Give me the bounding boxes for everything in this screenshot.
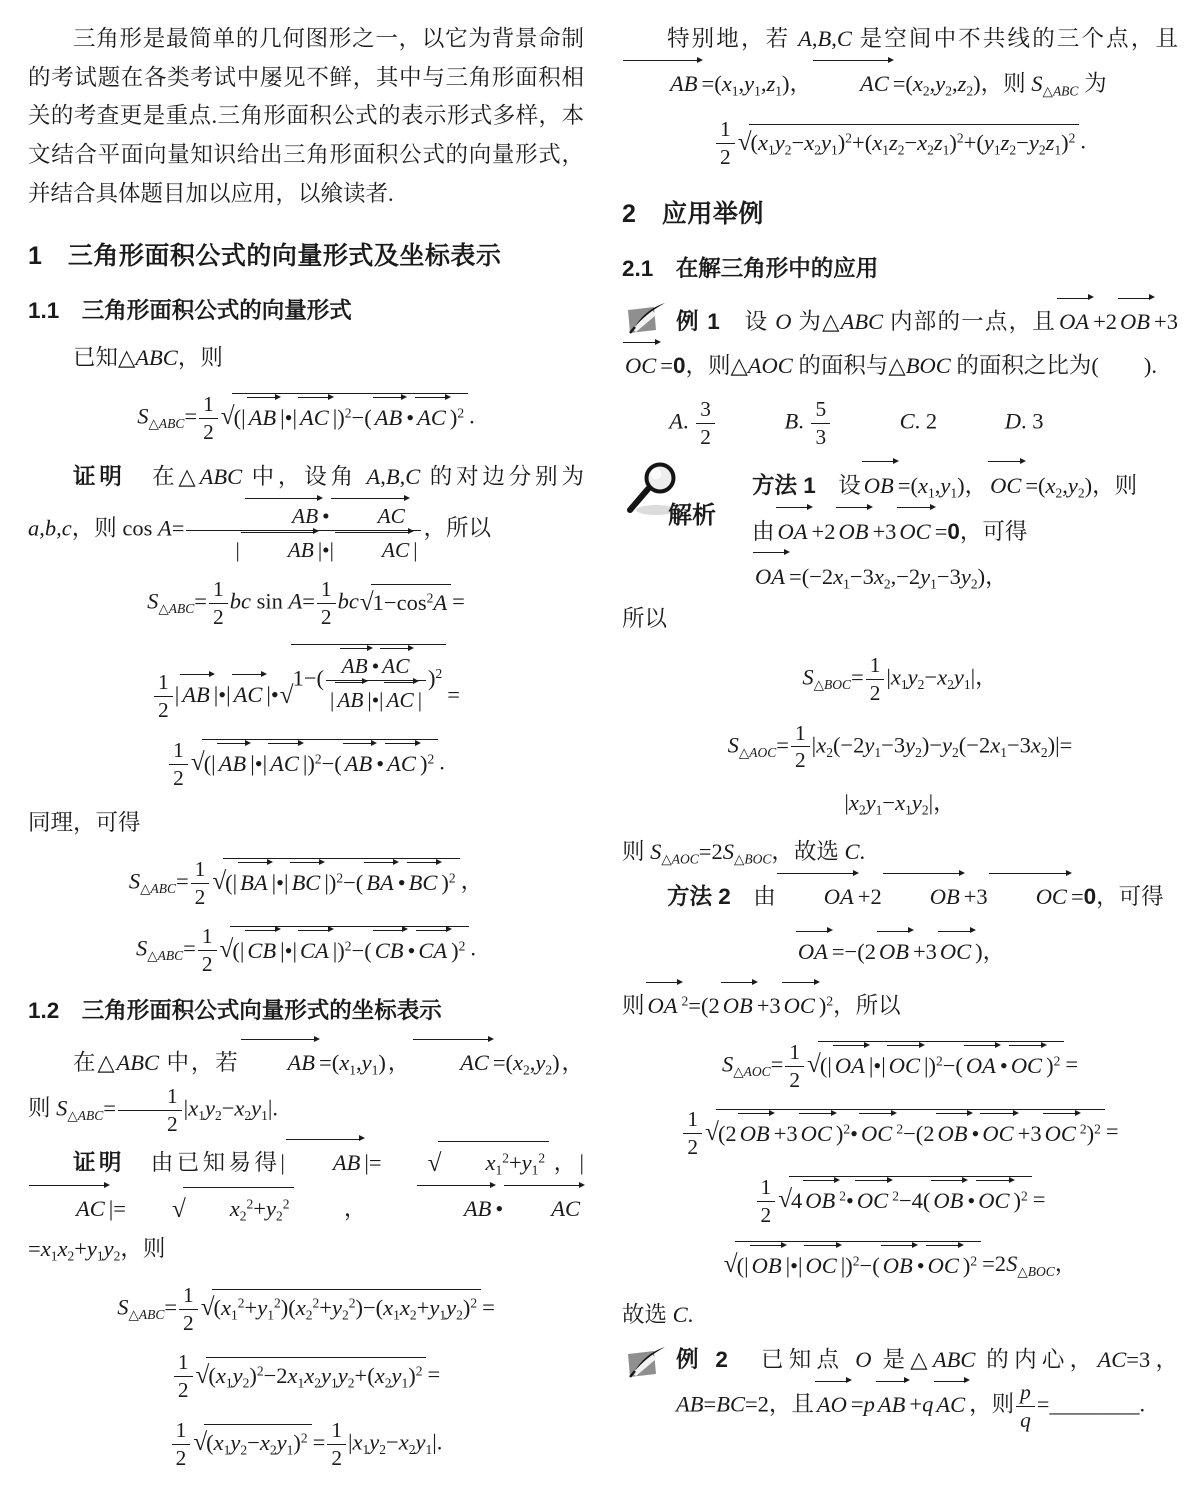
vector-arrow: AC <box>335 533 412 564</box>
vector-arrow: OB <box>1118 299 1153 342</box>
vector-arrow: OC <box>976 1181 1012 1218</box>
vector-arrow: OB <box>862 462 897 505</box>
vector-arrow: AB <box>335 683 366 714</box>
coordinate-statement: 在△ABC 中，若AB=(x1,y1)，AC=(x2,y2)，则 S△ABC=1… <box>28 1038 584 1137</box>
vector-arrow: AC <box>29 1186 108 1229</box>
vector-arrow: BC <box>407 863 441 900</box>
vector-arrow: OC <box>887 1046 923 1083</box>
formula-m2-step1: S△AOC=12√(|OA|•|OC|)2−(OA•OC)2= <box>622 1039 1178 1093</box>
vector-arrow: OA <box>796 932 831 969</box>
formula-SAOC-1: S△AOC=12|x2(−2y1−3y2)−y2(−2x1−3x2)|= <box>622 720 1178 774</box>
similarly-line: 同理，可得 <box>28 804 584 843</box>
proof-2: 证明 由已知易得|AB|=√x12+y12，|AC|=√x22+y22，AB•A… <box>28 1138 584 1269</box>
intro-paragraph: 三角形是最简单的几何图形之一，以它为背景命制的考试题在各类考试中屡见不鲜，其中与… <box>28 20 584 213</box>
vector-arrow: OC <box>897 508 933 551</box>
vector-arrow: AB <box>217 744 250 781</box>
vector-arrow: OB <box>721 983 756 1026</box>
vector-arrow: AB <box>286 1140 364 1183</box>
vector-arrow: AC <box>268 744 302 781</box>
vector-arrow: OC <box>782 983 818 1026</box>
vector-arrow: AC <box>413 1040 492 1083</box>
vector-arrow: AB <box>241 1040 319 1083</box>
section-2-1-heading: 2.1 在解三角形中的应用 <box>622 250 1178 289</box>
vector-arrow: OC <box>859 1114 895 1151</box>
formula-SBOC: S△BOC=12|x1y2−x2y1|， <box>622 652 1178 706</box>
formula-proof-step2: 12|AB|•|AC|•√1−(AB•AC|AB|•|AC|)2= <box>28 644 584 724</box>
formula-m2-step3: 12√4OB2•OC2−4(OB•OC)2= <box>622 1174 1178 1228</box>
vector-arrow: AB <box>876 1382 909 1425</box>
section-2-heading: 2 应用举例 <box>622 193 1178 236</box>
analysis-label: 解析 <box>668 504 716 528</box>
vector-arrow: OC <box>1009 1046 1045 1083</box>
formula-coord-step3: 12√(x1y2−x2y1)2=12|x1y2−x2y1|. <box>28 1417 584 1471</box>
so-line: 所以 <box>622 600 1178 639</box>
proof-1: 证明 在△ABC 中，设角 A,B,C 的对边分别为 a,b,c，则 cos A… <box>28 458 584 563</box>
vector-arrow: OB <box>936 1114 971 1151</box>
vector-arrow: AB <box>623 61 701 104</box>
pencil-quill-icon <box>622 1345 668 1381</box>
formula-proof-step3: 12√(|AB|•|AC|)2−(AB•AC)2. <box>28 737 584 791</box>
section-1-heading: 1 三角形面积公式的向量形式及坐标表示 <box>28 235 584 278</box>
vector-arrow: OC <box>623 343 659 386</box>
column-right: 特别地，若 A,B,C 是空间中不共线的三个点，且AB=(x1,y1,z1)，A… <box>622 20 1178 1484</box>
page: 三角形是最简单的几何图形之一，以它为背景命制的考试题在各类考试中屡见不鲜，其中与… <box>0 0 1200 1494</box>
vector-arrow: OA <box>646 983 681 1026</box>
example-2: 例 2 已知点 O 是△ABC 的内心，AC=3，AB=BC=2，且AO=pAB… <box>622 1341 1178 1434</box>
vector-arrow: AC <box>384 683 416 714</box>
vector-arrow: OB <box>750 1246 785 1283</box>
answer-options: A. 32 B. 53 C. 2 D. 3 <box>622 396 1178 450</box>
method-1: 解析方法 1 设OB=(x1,y1)，OC=(x2,y2)，则由OA+2OB+3… <box>622 460 1178 596</box>
vector-arrow: CA <box>416 931 450 968</box>
vector-arrow: AB <box>241 533 317 564</box>
formula-CB-CA: S△ABC=12√(|CB|•|CA|)2−(CB•CA)2. <box>28 923 584 977</box>
vector-arrow: BC <box>290 863 324 900</box>
magnifier-icon: 解析 <box>622 462 748 578</box>
formula-BA-BC: S△ABC=12√(|BA|•|BC|)2−(BA•BC)2， <box>28 856 584 910</box>
method-2-then: 则OA2=(2OB+3OC)2，所以 <box>622 981 1178 1026</box>
vector-arrow: OC <box>1043 1114 1079 1151</box>
conclusion-method2: 故选 C. <box>622 1296 1178 1335</box>
vector-arrow: OB <box>836 508 871 551</box>
vector-arrow: OB <box>881 1246 916 1283</box>
vector-arrow: OB <box>883 874 963 917</box>
vector-arrow: OC <box>938 932 974 969</box>
vector-arrow: CA <box>298 931 332 968</box>
vector-arrow: AB <box>180 675 213 712</box>
column-left: 三角形是最简单的几何图形之一，以它为背景命制的考试题在各类考试中屡见不鲜，其中与… <box>28 20 584 1484</box>
vector-arrow: OB <box>931 1181 966 1218</box>
formula-m2-step2: 12√(2OB+3OC)2•OC2−(2OB•OC+3OC2)2= <box>622 1106 1178 1160</box>
vector-arrow: OC <box>988 462 1024 505</box>
vector-arrow: AC <box>298 398 332 435</box>
vector-arrow: AB <box>247 398 280 435</box>
vector-arrow: BA <box>364 863 397 900</box>
vector-arrow: OB <box>738 1114 773 1151</box>
example-1: 例 1 设 O 为△ABC 内部的一点，且OA+2OB+3OC=0，则△AOC … <box>622 297 1178 386</box>
vector-arrow: AC <box>232 675 266 712</box>
vector-arrow: OA <box>776 508 811 551</box>
known-line: 已知△ABC，则 <box>28 339 584 378</box>
vector-arrow: CB <box>373 931 407 968</box>
vector-arrow: AC <box>331 499 408 530</box>
vector-arrow: AB <box>245 499 321 530</box>
vector-arrow: OA <box>753 553 788 596</box>
formula-coord-step1: S△ABC=12√(x12+y12)(x22+y22)−(x1x2+y1y2)2… <box>28 1282 584 1336</box>
vector-arrow: OB <box>877 932 912 969</box>
formula-space-area: 12√(x1y2−x2y1)2+(x1z2−x2z1)2+(y1z2−y2z1)… <box>622 116 1178 170</box>
formula-SAOC-2: |x2y1−x1y2|， <box>622 787 1178 820</box>
vector-arrow: OA <box>1057 299 1092 342</box>
vector-arrow: CB <box>245 931 279 968</box>
vector-arrow: AC <box>504 1186 583 1229</box>
vector-arrow: OC <box>799 1114 835 1151</box>
vector-arrow: OC <box>989 874 1070 917</box>
vector-arrow: AB <box>417 1186 495 1229</box>
vector-arrow: AC <box>380 649 412 680</box>
section-1-2-heading: 1.2 三角形面积公式向量形式的坐标表示 <box>28 992 584 1031</box>
formula-proof-step1: S△ABC=12bc sin A=12bc√1−cos2A= <box>28 576 584 630</box>
vector-arrow: OB <box>803 1181 838 1218</box>
vector-arrow: OA <box>777 874 857 917</box>
method-2-start: 方法 2 由OA+2OB+3OC=0，可得 <box>622 872 1178 917</box>
vector-arrow: OC <box>855 1181 891 1218</box>
vector-arrow: AB <box>373 398 406 435</box>
vector-arrow: AC <box>813 61 892 104</box>
space-case-paragraph: 特别地，若 A,B,C 是空间中不共线的三个点，且AB=(x1,y1,z1)，A… <box>622 20 1178 103</box>
vector-arrow: BA <box>238 863 271 900</box>
vector-arrow: OC <box>980 1114 1016 1151</box>
vector-arrow: AO <box>815 1382 850 1425</box>
formula-area-vector: S△ABC=12√(|AB|•|AC|)2−(AB•AC)2. <box>28 391 584 445</box>
vector-arrow: AB <box>343 744 376 781</box>
vector-arrow: AC <box>385 744 419 781</box>
pencil-quill-icon <box>622 301 668 337</box>
vector-arrow: OC <box>804 1246 840 1283</box>
vector-arrow: OA <box>833 1046 868 1083</box>
section-1-1-heading: 1.1 三角形面积公式的向量形式 <box>28 292 584 331</box>
formula-coord-step2: 12√(x1y2)2−2x1x2y1y2+(x2y1)2= <box>28 1349 584 1403</box>
vector-arrow: AC <box>934 1382 968 1425</box>
conclusion-method1: 则 S△AOC=2S△BOC，故选 C. <box>622 833 1178 872</box>
formula-OA: OA=−(2OB+3OC)， <box>622 930 1178 969</box>
formula-m2-step4: √(|OB|•|OC|)2−(OB•OC)2=2S△BOC， <box>622 1241 1178 1283</box>
vector-arrow: AC <box>415 398 449 435</box>
vector-arrow: OA <box>964 1046 999 1083</box>
vector-arrow: OC <box>926 1246 962 1283</box>
vector-arrow: AB <box>340 649 371 680</box>
